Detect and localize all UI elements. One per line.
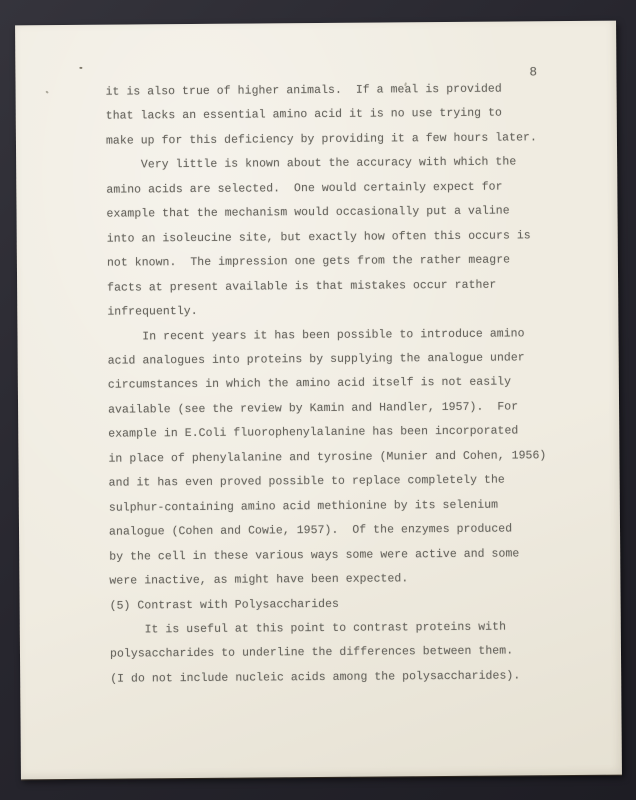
photo-background: 8 it is also true of higher animals. If … — [0, 0, 636, 800]
typewritten-text: it is also true of higher animals. If a … — [105, 77, 610, 692]
document-page: 8 it is also true of higher animals. If … — [15, 21, 622, 780]
text-line: in place of phenylalanine and tyrosine (… — [108, 444, 608, 472]
paper-speck — [79, 67, 82, 69]
text-line: (I do not include nucleic acids among th… — [110, 664, 610, 692]
paper-speck — [45, 90, 49, 93]
text-line: make up for this deficiency by providing… — [106, 126, 606, 154]
